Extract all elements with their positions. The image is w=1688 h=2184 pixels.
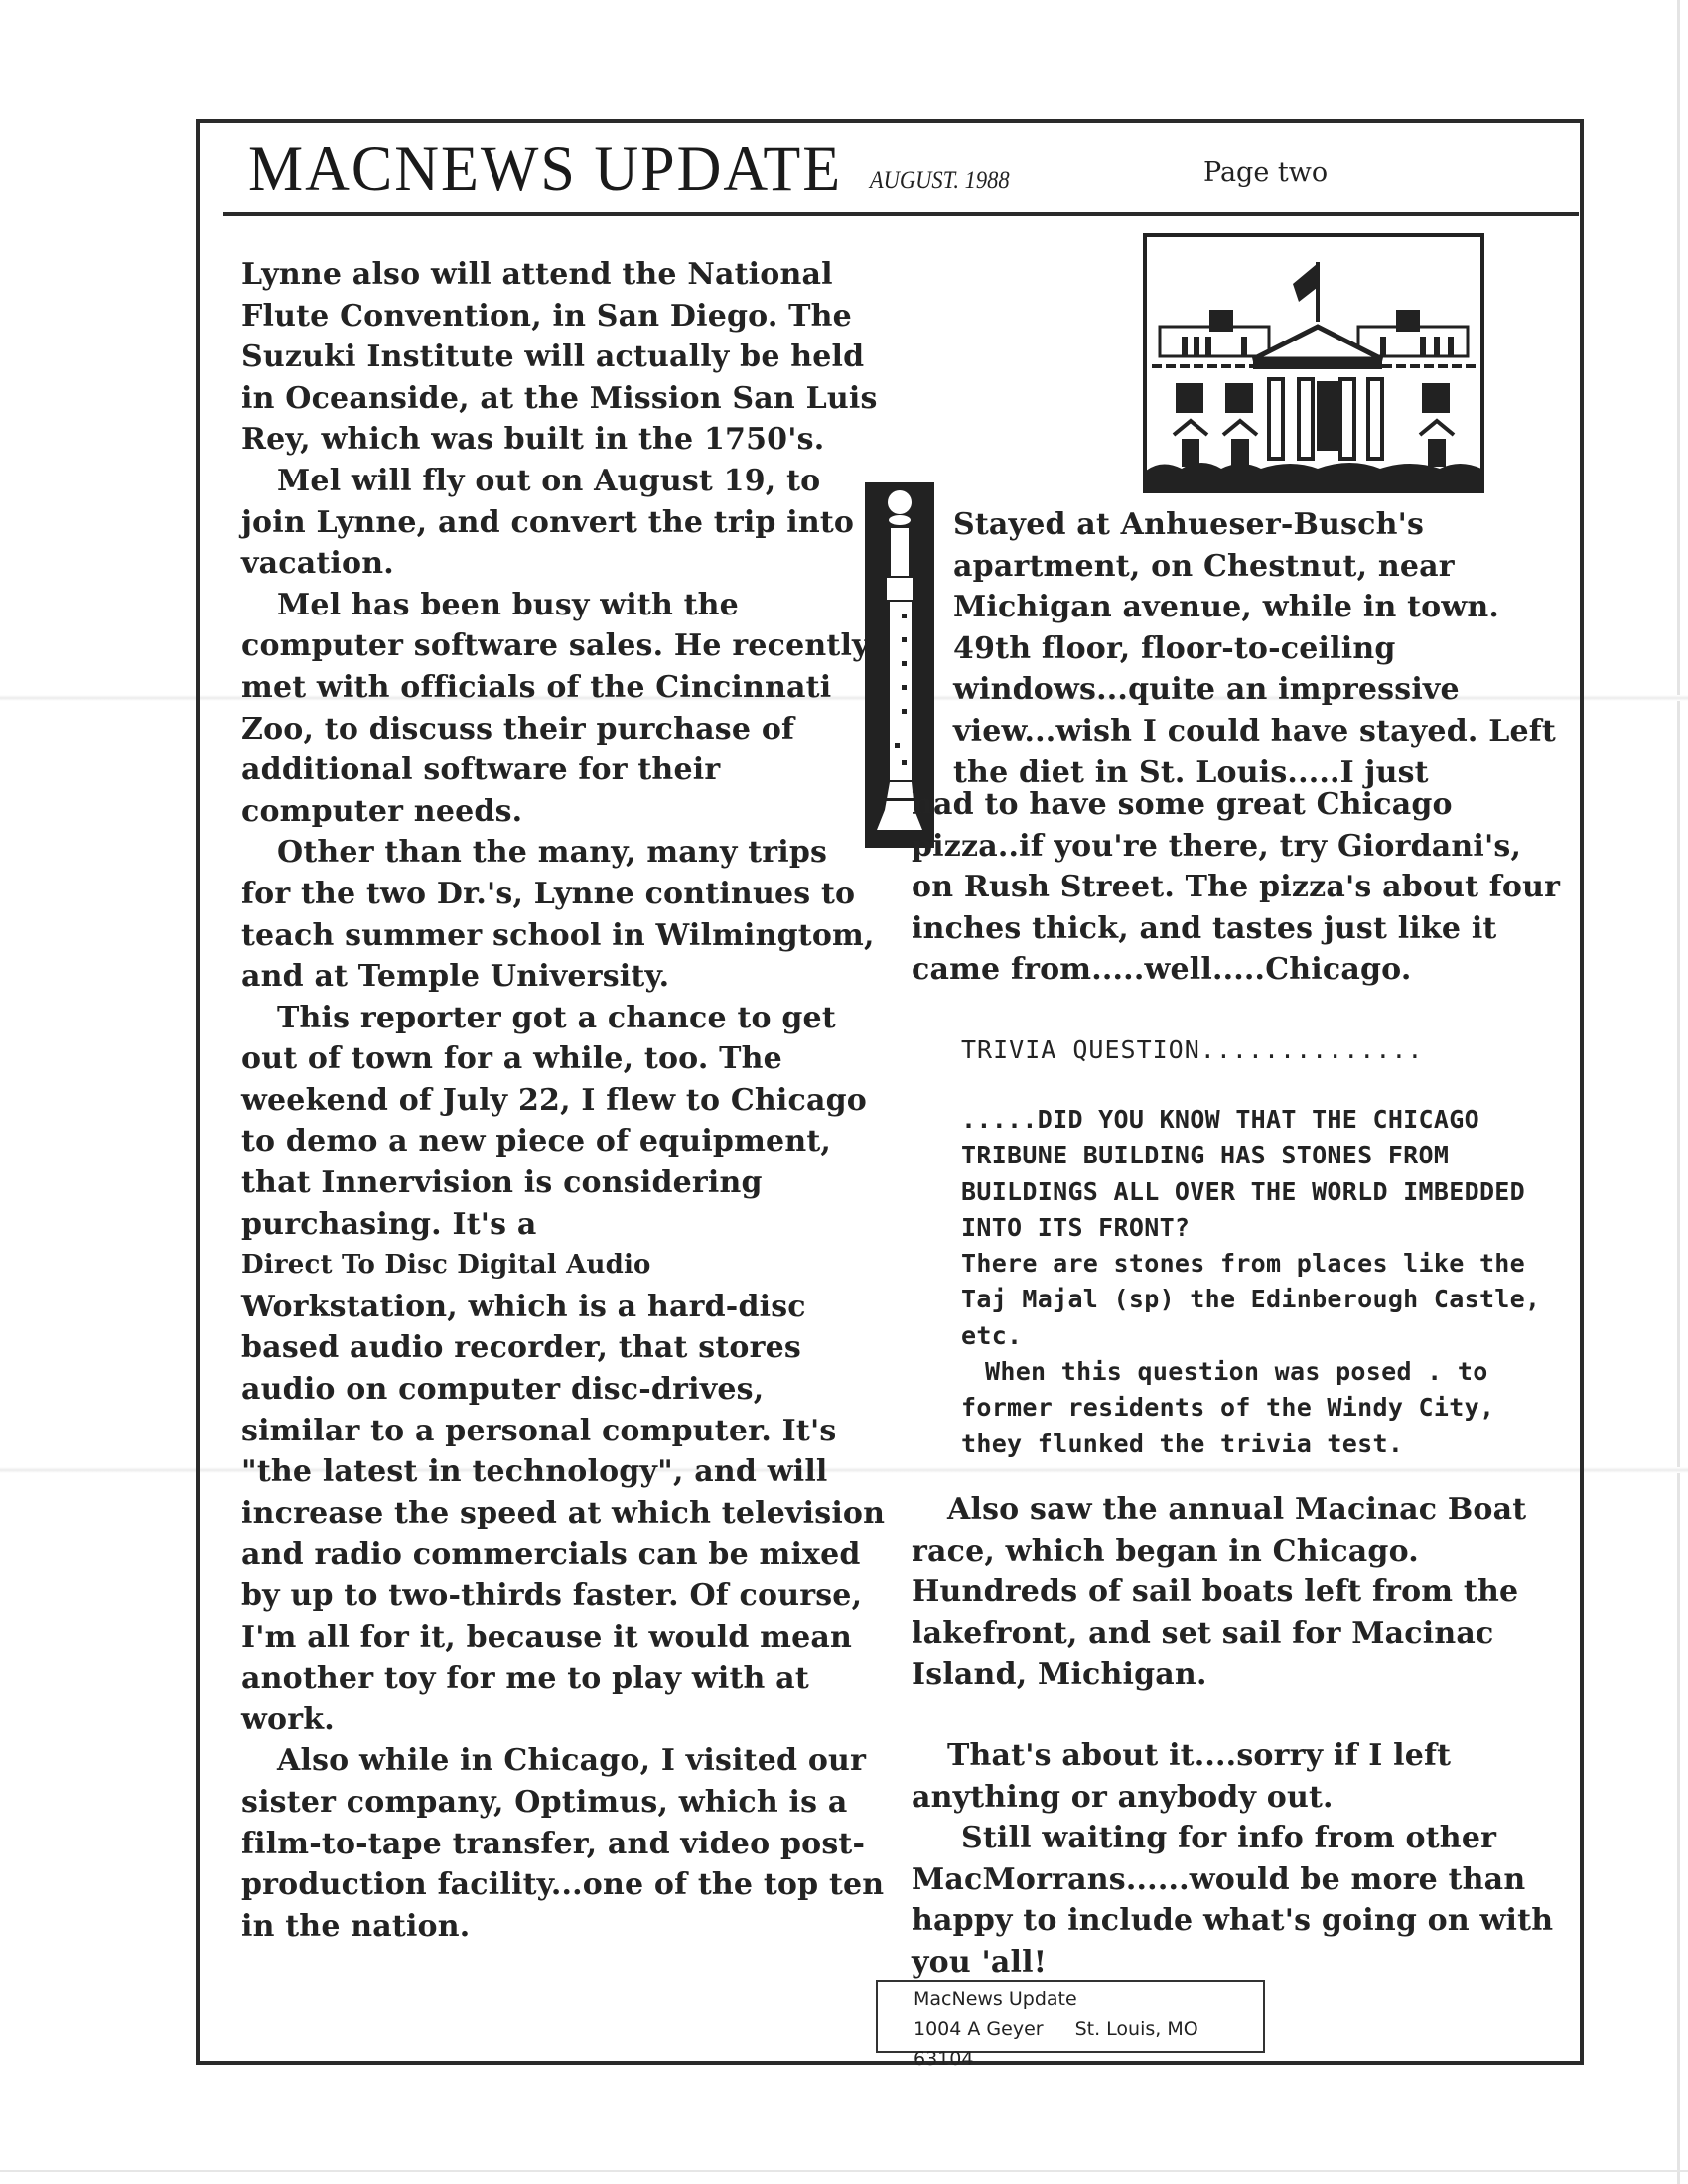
trivia-heading: TRIVIA QUESTION.............. — [961, 1035, 1424, 1064]
masthead-rule — [223, 212, 1579, 216]
article-paragraph-product-name: Direct To Disc Digital Audio — [241, 1245, 887, 1287]
left-column: Lynne also will attend the National Flut… — [241, 254, 887, 1947]
page-edge — [1677, 0, 1680, 2184]
trivia-detail: There are stones from places like the Ta… — [961, 1246, 1567, 1354]
article-paragraph: Mel will fly out on August 19, to join L… — [241, 461, 887, 585]
trivia-followup: When this question was posed . to former… — [961, 1354, 1567, 1462]
page-number-label: Page two — [1203, 157, 1328, 188]
masthead-title: MACNEWS UPDATE — [248, 132, 842, 206]
address-line: 1004 A GeyerSt. Louis, MO 63104 — [914, 2014, 1263, 2074]
article-paragraph: This reporter got a chance to get out of… — [241, 998, 887, 1246]
page-bottom-edge — [0, 2170, 1688, 2172]
article-paragraph: Workstation, which is a hard-disc based … — [241, 1287, 887, 1741]
trivia-block: .....DID YOU KNOW THAT THE CHICAGO TRIBU… — [961, 1102, 1567, 1462]
closing-block: That's about it....sorry if I left anyth… — [912, 1735, 1567, 1983]
street-address: 1004 A Geyer — [914, 2018, 1044, 2040]
article-paragraph: Other than the many, many trips for the … — [241, 832, 887, 997]
chicago-pizza-text: had to have some great Chicago pizza..if… — [912, 784, 1567, 991]
return-address-box: MacNews Update 1004 A GeyerSt. Louis, MO… — [876, 1980, 1265, 2053]
closing-paragraph: Still waiting for info from other MacMor… — [912, 1818, 1567, 1982]
boat-race-text: Also saw the annual Macinac Boat race, w… — [912, 1489, 1567, 1696]
trivia-question: .....DID YOU KNOW THAT THE CHICAGO TRIBU… — [961, 1102, 1567, 1246]
white-house-illustration-icon — [1142, 232, 1485, 494]
chicago-stay-text: Stayed at Anhueser-Busch's apartment, on… — [953, 504, 1569, 793]
issue-date: AUGUST. 1988 — [870, 167, 1010, 195]
article-paragraph: Mel has been busy with the computer soft… — [241, 585, 887, 833]
publication-name: MacNews Update — [914, 1984, 1263, 2014]
closing-paragraph: That's about it....sorry if I left anyth… — [912, 1735, 1567, 1818]
article-paragraph: Also while in Chicago, I visited our sis… — [241, 1740, 887, 1947]
article-paragraph: Lynne also will attend the National Flut… — [241, 254, 887, 461]
